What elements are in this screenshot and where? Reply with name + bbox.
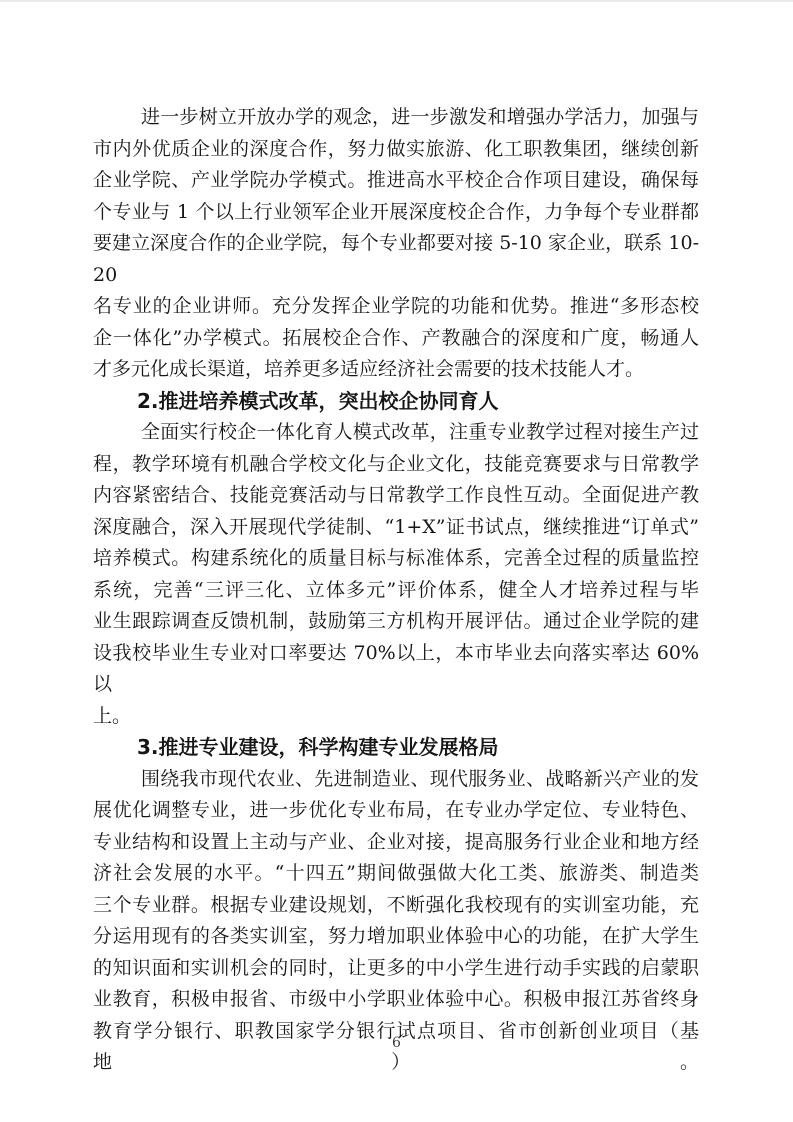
heading-section-2: 2.推进培养模式改革，突出校企协同育人: [93, 386, 699, 418]
paragraph-2: 全面实行校企一体化育人模式改革，注重专业教学过程对接生产过程，教学环境有机融合学…: [93, 417, 699, 732]
text-line: 系统，完善“三评三化、立体多元”评价体系，健全人才培养过程与毕: [93, 575, 699, 607]
text-line: 业教育，积极申报省、市级中小学职业体验中心。积极申报江苏省终身: [93, 984, 699, 1016]
text-line: 名专业的企业讲师。充分发挥企业学院的功能和优势。推进“多形态校: [93, 291, 699, 323]
text-line: 展优化调整专业，进一步优化专业布局，在专业办学定位、专业特色、: [93, 795, 699, 827]
text-line: 专业结构和设置上主动与产业、企业对接，提高服务行业企业和地方经: [93, 827, 699, 859]
heading-section-3: 3.推进专业建设，科学构建专业发展格局: [93, 732, 699, 764]
text-line: 企一体化”办学模式。拓展校企合作、产教融合的深度和广度，畅通人: [93, 323, 699, 355]
document-body: 进一步树立开放办学的观念，进一步激发和增强办学活力，加强与市内外优质企业的深度合…: [93, 102, 699, 1079]
text-line: 企业学院、产业学院办学模式。推进高水平校企合作项目建设，确保每: [93, 165, 699, 197]
text-line: 才多元化成长渠道，培养更多适应经济社会需要的技术技能人才。: [93, 354, 699, 386]
text-line: 上。: [93, 701, 699, 733]
text-line: 分运用现有的各类实训室，努力增加职业体验中心的功能，在扩大学生: [93, 921, 699, 953]
text-line: 进一步树立开放办学的观念，进一步激发和增强办学活力，加强与: [93, 102, 699, 134]
text-line: 要建立深度合作的企业学院，每个专业都要对接 5-10 家企业，联系 10-20: [93, 228, 699, 291]
page-footer: 6: [0, 1032, 793, 1051]
text-line: 内容紧密结合、技能竞赛活动与日常教学工作良性互动。全面促进产教: [93, 480, 699, 512]
text-line: 全面实行校企一体化育人模式改革，注重专业教学过程对接生产过: [93, 417, 699, 449]
text-line: 程，教学环境有机融合学校文化与企业文化，技能竞赛要求与日常教学: [93, 449, 699, 481]
text-line: 济社会发展的水平。“十四五”期间做强做大化工类、旅游类、制造类: [93, 858, 699, 890]
page-number: 6: [392, 1035, 401, 1051]
text-line: 围绕我市现代农业、先进制造业、现代服务业、战略新兴产业的发: [93, 764, 699, 796]
paragraph-1: 进一步树立开放办学的观念，进一步激发和增强办学活力，加强与市内外优质企业的深度合…: [93, 102, 699, 386]
text-line: 培养模式。构建系统化的质量目标与标准体系，完善全过程的质量监控: [93, 543, 699, 575]
text-line: 深度融合，深入开展现代学徒制、“1+X”证书试点，继续推进“订单式”: [93, 512, 699, 544]
text-line: 市内外优质企业的深度合作，努力做实旅游、化工职教集团，继续创新: [93, 134, 699, 166]
document-page: 进一步树立开放办学的观念，进一步激发和增强办学活力，加强与市内外优质企业的深度合…: [0, 0, 793, 1122]
text-line: 三个专业群。根据专业建设规划，不断强化我校现有的实训室功能，充: [93, 890, 699, 922]
text-line: 设我校毕业生专业对口率要达 70%以上，本市毕业去向落实率达 60%以: [93, 638, 699, 701]
text-line: 的知识面和实训机会的同时，让更多的中小学生进行动手实践的启蒙职: [93, 953, 699, 985]
text-line: 业生跟踪调查反馈机制，鼓励第三方机构开展评估。通过企业学院的建: [93, 606, 699, 638]
text-line: 个专业与 1 个以上行业领军企业开展深度校企合作，力争每个专业群都: [93, 197, 699, 229]
